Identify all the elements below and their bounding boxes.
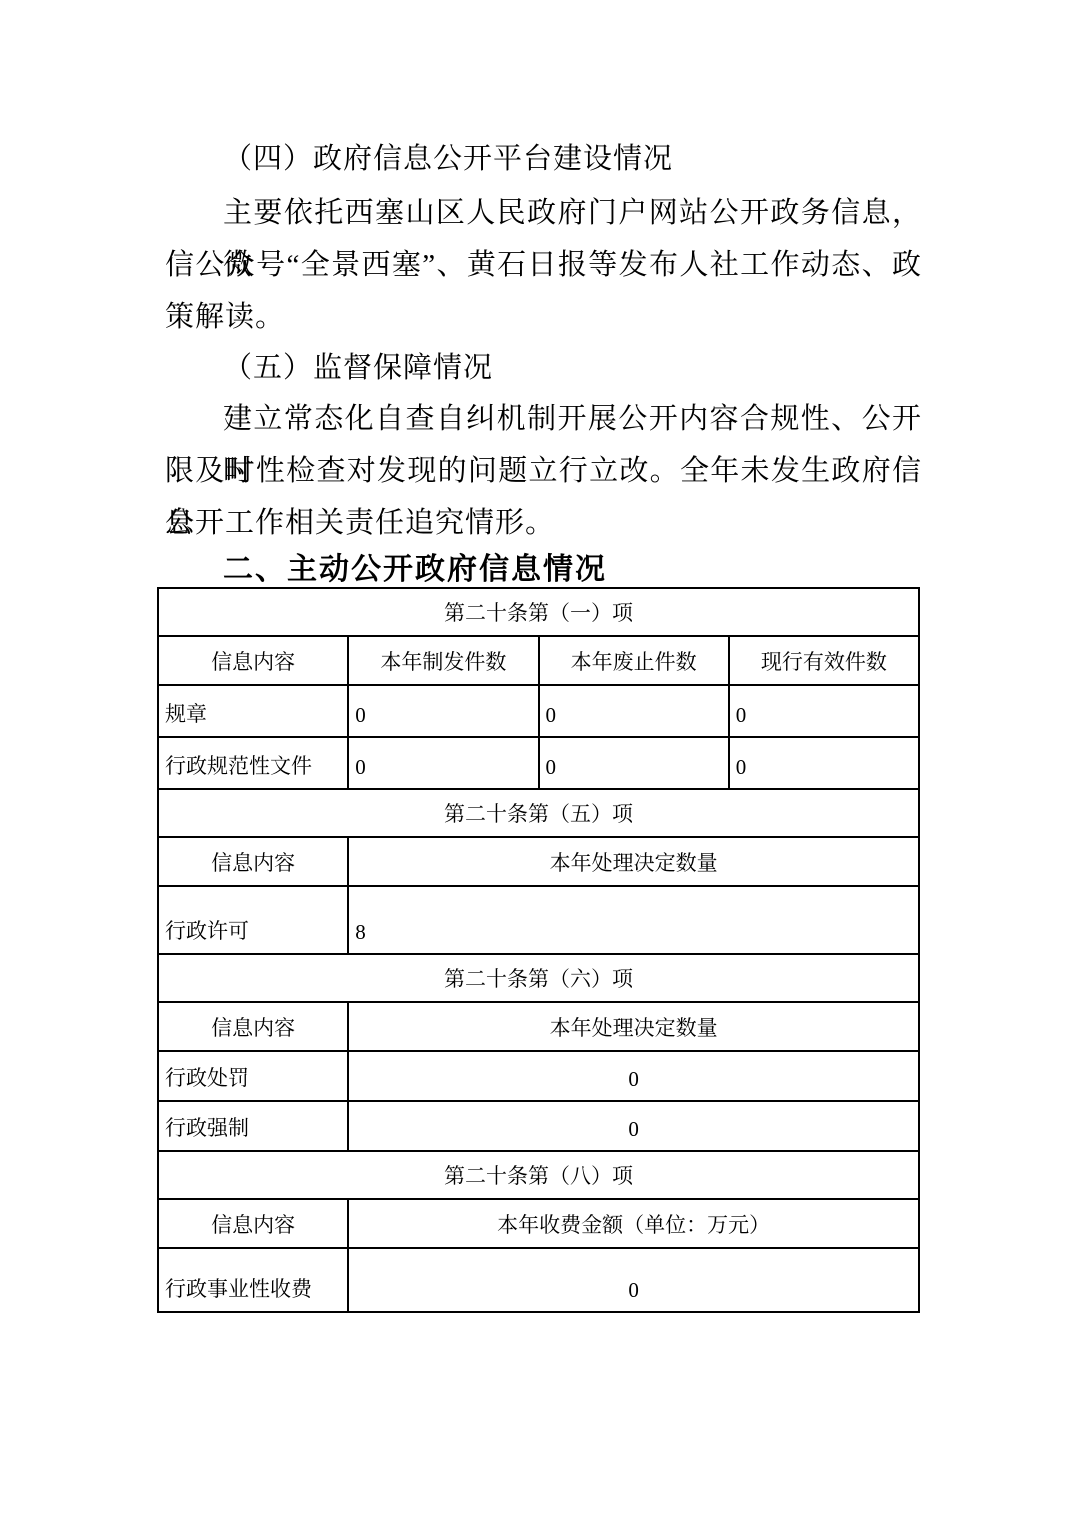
- table-header-cell: 本年废止件数: [539, 636, 729, 685]
- table-header-row: 信息内容本年制发件数本年废止件数现行有效件数: [158, 636, 919, 685]
- table-value-cell: 8: [348, 886, 919, 954]
- table-header-cell: 信息内容: [158, 1199, 348, 1248]
- table-header-row: 信息内容本年收费金额（单位：万元）: [158, 1199, 919, 1248]
- paragraph-2: 建立常态化自查自纠机制开展公开内容合规性、公开时 限及时性检查对发现的问题立行立…: [165, 393, 922, 549]
- table-section-title: 第二十条第（一）项: [158, 588, 919, 636]
- section-heading-2: 二、主动公开政府信息情况: [165, 553, 922, 587]
- table-header-cell: 信息内容: [158, 1002, 348, 1051]
- table-value-cell: 0: [729, 737, 919, 789]
- table-value-cell: 0: [539, 737, 729, 789]
- paragraph-line: 公开工作相关责任追究情形。: [165, 497, 922, 549]
- table-section-title: 第二十条第（八）项: [158, 1151, 919, 1199]
- table-header-row: 信息内容本年处理决定数量: [158, 837, 919, 886]
- paragraph-line: 建立常态化自查自纠机制开展公开内容合规性、公开时: [165, 393, 922, 445]
- table-header-cell: 现行有效件数: [729, 636, 919, 685]
- table-header-cell: 本年制发件数: [348, 636, 538, 685]
- paragraph-1: 主要依托西塞山区人民政府门户网站公开政务信息，微 信公众号“全景西塞”、黄石日报…: [165, 187, 922, 343]
- table-section-title-row: 第二十条第（五）项: [158, 789, 919, 837]
- table-section-title-row: 第二十条第（六）项: [158, 954, 919, 1002]
- table-value-cell: 0: [348, 1101, 919, 1151]
- table-row: 行政规范性文件000: [158, 737, 919, 789]
- subsection-heading-4: （四）政府信息公开平台建设情况: [165, 131, 922, 187]
- table-header-cell: 本年收费金额（单位：万元）: [348, 1199, 919, 1248]
- table-row-label: 行政强制: [158, 1101, 348, 1151]
- table-value-cell: 0: [348, 737, 538, 789]
- paragraph-line: 限及时性检查对发现的问题立行立改。全年未发生政府信息: [165, 445, 922, 497]
- paragraph-line: 主要依托西塞山区人民政府门户网站公开政务信息，微: [165, 187, 922, 239]
- table-row-label: 行政处罚: [158, 1051, 348, 1101]
- table-row: 规章000: [158, 685, 919, 737]
- table-header-cell: 本年处理决定数量: [348, 837, 919, 886]
- table-row: 行政处罚0: [158, 1051, 919, 1101]
- table-row: 行政事业性收费0: [158, 1248, 919, 1312]
- table-section-title-row: 第二十条第（一）项: [158, 588, 919, 636]
- report-text-block: （四）政府信息公开平台建设情况 主要依托西塞山区人民政府门户网站公开政务信息，微…: [165, 131, 922, 587]
- paragraph-line: 策解读。: [165, 291, 922, 343]
- table-row-label: 规章: [158, 685, 348, 737]
- table-header-row: 信息内容本年处理决定数量: [158, 1002, 919, 1051]
- info-disclosure-table: 第二十条第（一）项信息内容本年制发件数本年废止件数现行有效件数规章000行政规范…: [157, 587, 920, 1313]
- document-page: （四）政府信息公开平台建设情况 主要依托西塞山区人民政府门户网站公开政务信息，微…: [0, 0, 1074, 1520]
- table-row-label: 行政规范性文件: [158, 737, 348, 789]
- table-value-cell: 0: [348, 1051, 919, 1101]
- paragraph-line: 信公众号“全景西塞”、黄石日报等发布人社工作动态、政: [165, 239, 922, 291]
- info-disclosure-table-body: 第二十条第（一）项信息内容本年制发件数本年废止件数现行有效件数规章000行政规范…: [158, 588, 919, 1312]
- table-header-cell: 信息内容: [158, 636, 348, 685]
- table-header-cell: 本年处理决定数量: [348, 1002, 919, 1051]
- table-header-cell: 信息内容: [158, 837, 348, 886]
- table-section-title: 第二十条第（六）项: [158, 954, 919, 1002]
- table-value-cell: 0: [729, 685, 919, 737]
- table-row-label: 行政事业性收费: [158, 1248, 348, 1312]
- table-value-cell: 0: [539, 685, 729, 737]
- table-section-title-row: 第二十条第（八）项: [158, 1151, 919, 1199]
- table-value-cell: 0: [348, 1248, 919, 1312]
- table-row: 行政许可8: [158, 886, 919, 954]
- table-row: 行政强制0: [158, 1101, 919, 1151]
- table-section-title: 第二十条第（五）项: [158, 789, 919, 837]
- table-row-label: 行政许可: [158, 886, 348, 954]
- table-value-cell: 0: [348, 685, 538, 737]
- subsection-heading-5: （五）监督保障情况: [165, 343, 922, 393]
